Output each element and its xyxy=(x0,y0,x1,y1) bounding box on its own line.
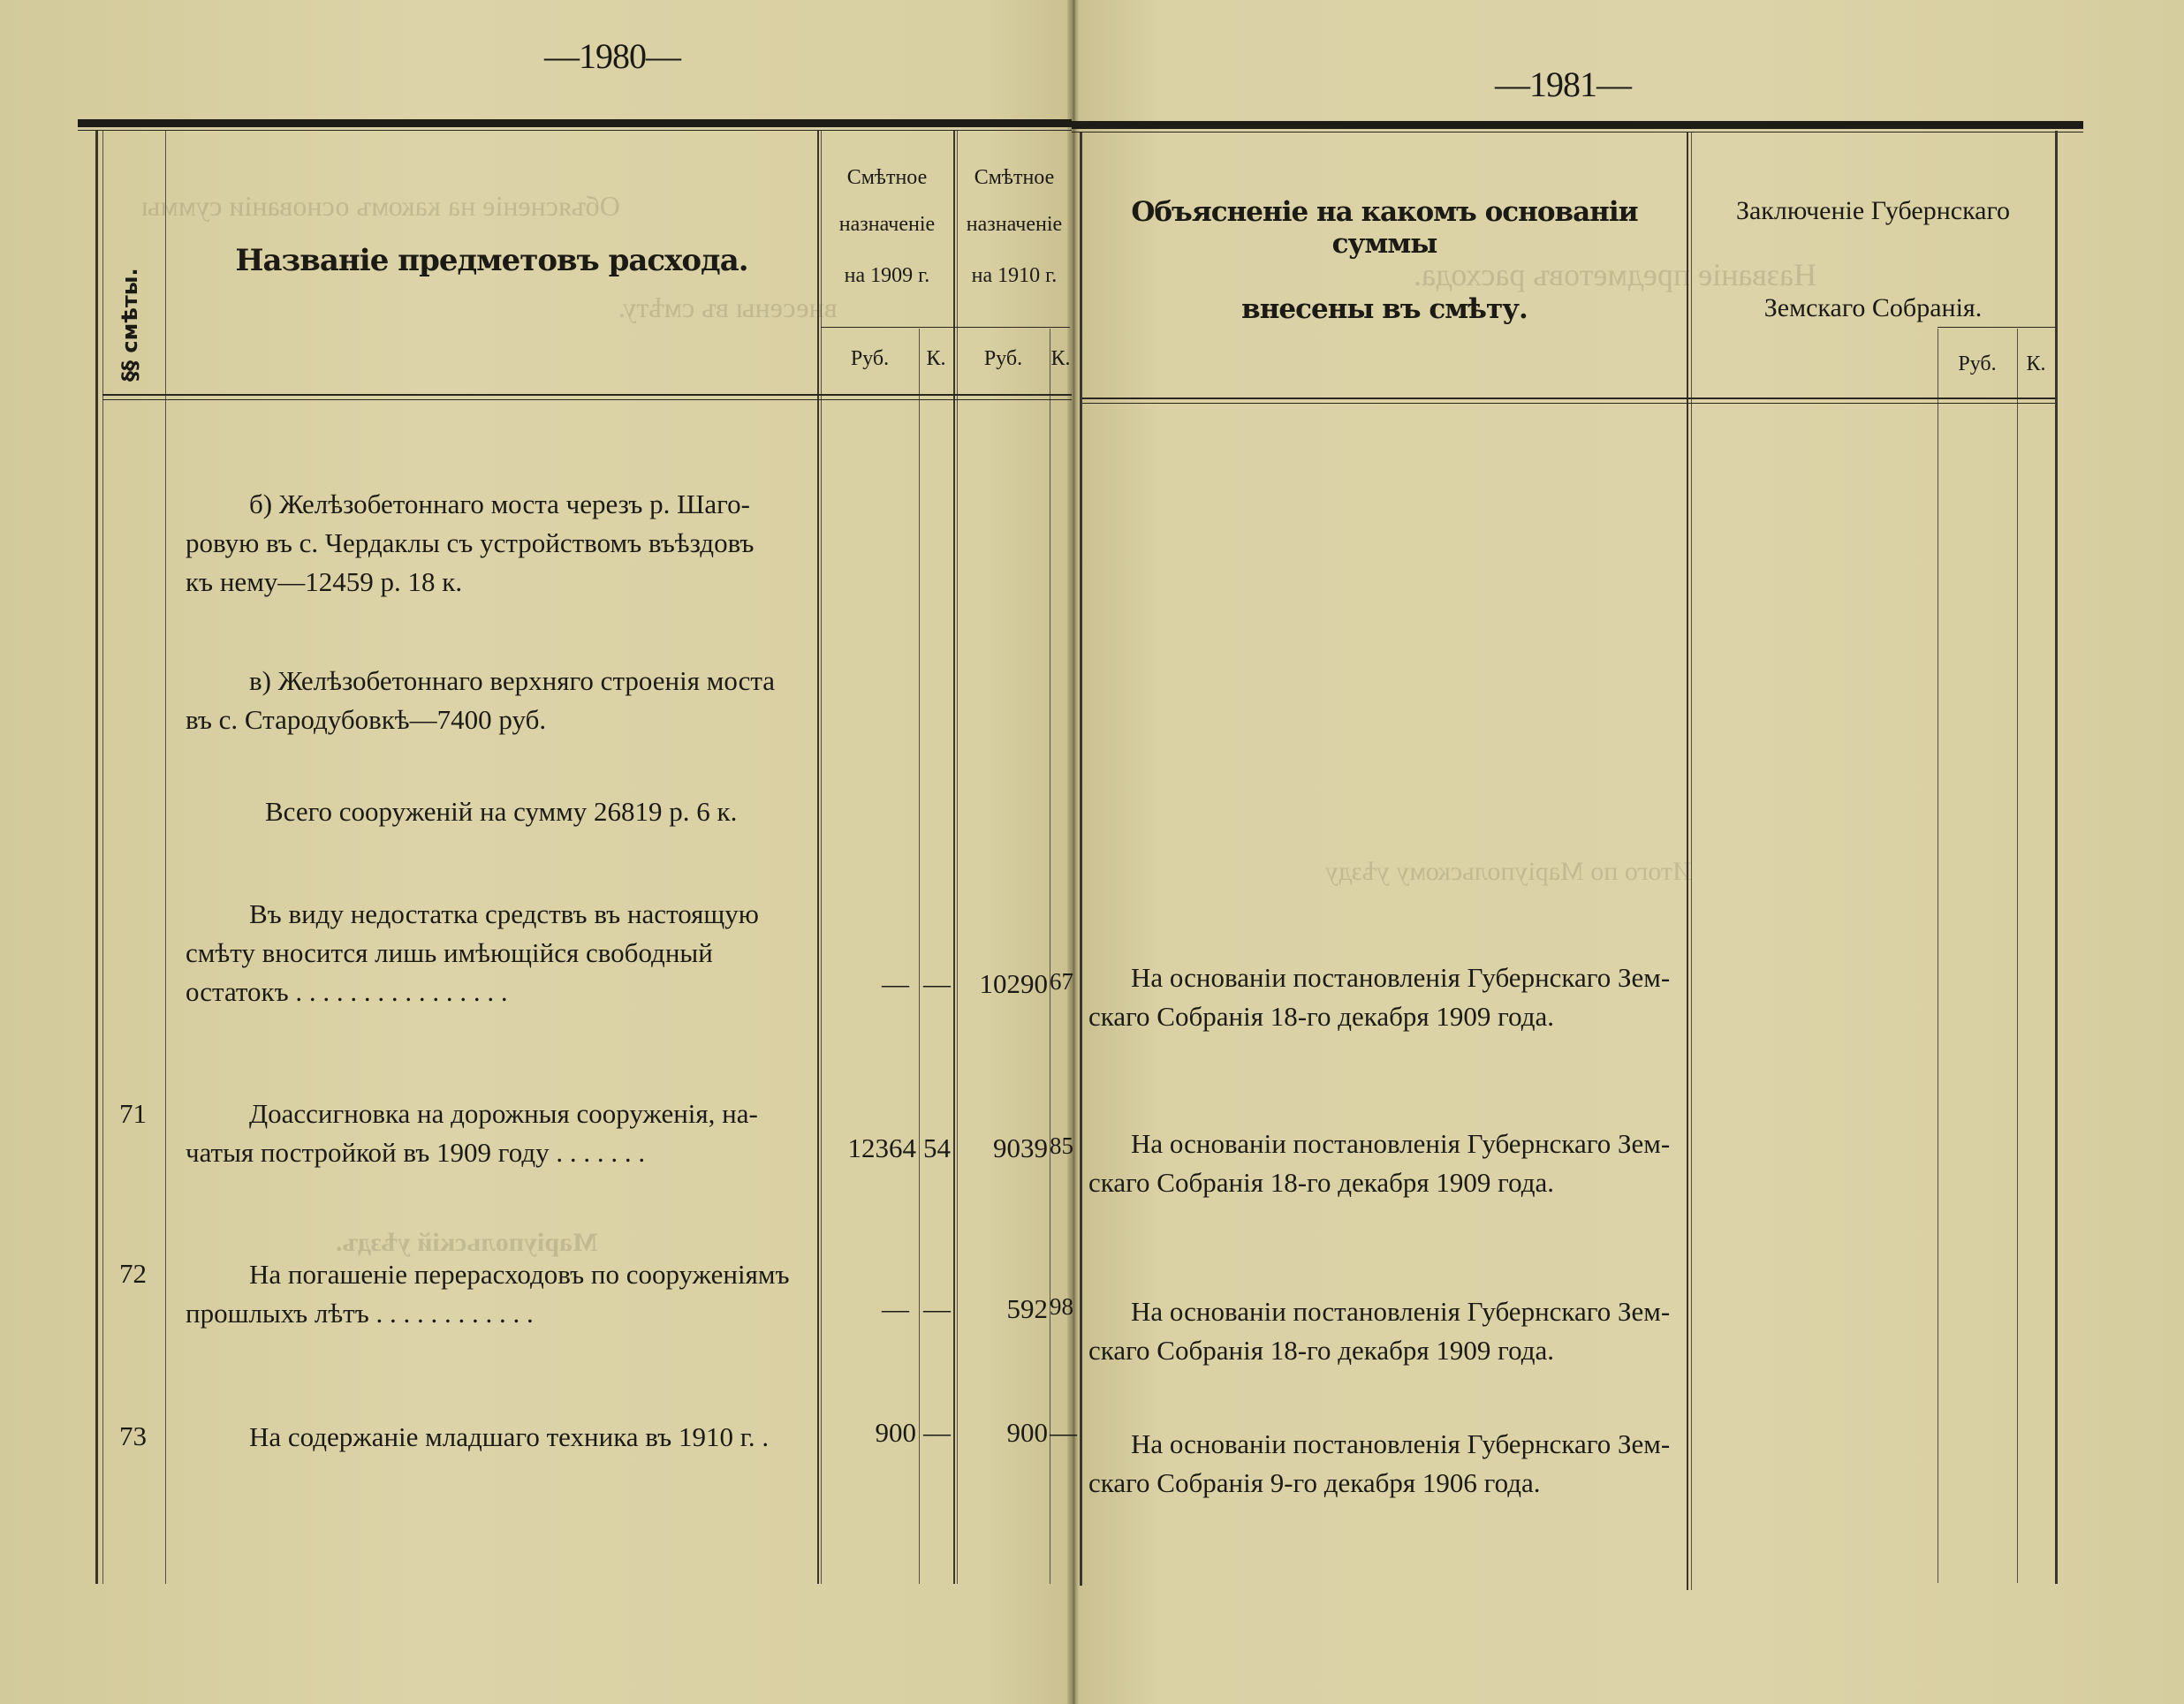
top-rule-right-thin xyxy=(1072,132,2083,133)
header-1909-line1: Смѣтное xyxy=(821,165,953,190)
header-bottom-rule-right xyxy=(1082,398,2055,399)
item-text-line: чатыя постройкой въ 1909 году . . . . . … xyxy=(186,1132,645,1173)
header-1910-line3: на 1910 г. xyxy=(957,263,1072,288)
amount-kop-1909: — xyxy=(919,1417,951,1449)
item-text-line: б) Желѣзобетоннаго моста черезъ р. Шаго- xyxy=(249,484,750,525)
header-1910-line2: назначеніе xyxy=(957,212,1072,237)
header-bottom-rule-left xyxy=(102,394,1072,396)
amount-rub-1910: 10290 xyxy=(957,968,1048,1000)
header-rub-right: Руб. xyxy=(1938,352,2017,376)
explanation-line: скаго Собранія 18-го декабря 1909 года. xyxy=(1088,1330,1554,1371)
header-conclusion-line1: Заключеніе Губернскаго xyxy=(1691,196,2055,226)
subheader-rule-right xyxy=(1938,327,2055,328)
header-explanation-line1: Объясненіе на какомъ основаніи суммы xyxy=(1082,196,1687,260)
amount-kop-1910: — xyxy=(1050,1417,1073,1449)
top-rule-right xyxy=(1072,121,2083,129)
amount-kop-1910: 85 xyxy=(1050,1132,1073,1160)
amount-kop-1909: — xyxy=(919,968,951,1000)
row-number: 73 xyxy=(119,1420,147,1452)
amount-rub-1909: 12364 xyxy=(821,1132,916,1164)
col-divider-kop-right xyxy=(2017,329,2018,1583)
table-border-left xyxy=(95,131,98,1584)
amount-kop-1909: — xyxy=(919,1293,951,1325)
bleed-through-text: Итого по Маріупольскому уѣзду xyxy=(1325,857,1692,887)
table-border-left-right-page xyxy=(1080,133,1082,1586)
header-bottom-rule-left-2 xyxy=(102,399,1072,400)
amount-rub-1910: 592 xyxy=(957,1293,1048,1325)
top-rule-left-thin xyxy=(78,130,1072,131)
header-1910-line1: Смѣтное xyxy=(957,165,1072,190)
explanation-line: На основаніи постановленія Губернскаго З… xyxy=(1131,1291,1670,1332)
row-number: 72 xyxy=(119,1258,147,1290)
explanation-line: На основаніи постановленія Губернскаго З… xyxy=(1131,958,1670,998)
header-rub-1910: Руб. xyxy=(957,346,1050,371)
item-text-line: смѣту вносится лишь имѣющійся свободный xyxy=(186,933,713,973)
col-divider-explanation-inner xyxy=(1691,133,1692,1590)
item-text-line: Доассигновка на дорожныя сооруженія, на- xyxy=(249,1094,758,1134)
item-text-line: прошлыхъ лѣтъ . . . . . . . . . . . . xyxy=(186,1293,534,1334)
explanation-line: скаго Собранія 18-го декабря 1909 года. xyxy=(1088,996,1554,1037)
bleed-through-text: Объясненіе на какомъ основаніи суммы xyxy=(141,190,620,223)
col-divider-kop-1910 xyxy=(1050,329,1050,1584)
amount-kop-1910: 67 xyxy=(1050,968,1073,996)
header-explanation-line2: внесены въ смѣту. xyxy=(1082,293,1687,325)
amount-rub-1909: — xyxy=(821,968,909,1000)
col-divider-number xyxy=(165,131,166,1584)
bleed-through-text: внесены въ смѣту. xyxy=(618,292,838,324)
amount-rub-1910: 9039 xyxy=(957,1132,1048,1164)
amount-rub-1910: 900 xyxy=(957,1417,1048,1449)
amount-rub-1909: 900 xyxy=(821,1417,916,1449)
table-border-left-inner xyxy=(102,131,103,1584)
item-text-line: в) Желѣзобетоннаго верхняго строенія мос… xyxy=(249,661,775,701)
col-divider-1909 xyxy=(953,131,955,1584)
row-number: 71 xyxy=(119,1098,147,1130)
subheader-rule-left xyxy=(821,327,1070,328)
col-divider-name xyxy=(817,131,819,1584)
header-bottom-rule-right-2 xyxy=(1082,403,2055,404)
item-text-line: въ с. Стародубовкѣ—7400 руб. xyxy=(186,700,546,740)
item-text-line: На погашеніе перерасходовъ по сооруженія… xyxy=(249,1254,790,1295)
explanation-line: На основаніи постановленія Губернскаго З… xyxy=(1131,1124,1670,1164)
header-1909-line3: на 1909 г. xyxy=(821,263,953,288)
item-text-line: Въ виду недостатка средствъ въ настоящую xyxy=(249,894,759,935)
top-rule-left xyxy=(78,119,1072,127)
item-text-line: На содержаніе младшаго техника въ 1910 г… xyxy=(249,1417,769,1458)
col-divider-rub-right xyxy=(1938,329,1938,1583)
item-total-line: Всего сооруженій на сумму 26819 р. 6 к. xyxy=(265,791,737,832)
amount-kop-1909: 54 xyxy=(919,1132,951,1164)
header-1909-line2: назначеніе xyxy=(821,212,953,237)
header-rub-1909: Руб. xyxy=(821,346,919,371)
header-kop-1909: К. xyxy=(919,346,953,371)
col-divider-kop-1909 xyxy=(919,329,920,1584)
bleed-through-text: Названіе предметовъ расхода. xyxy=(1414,256,1816,293)
amount-kop-1910: 98 xyxy=(1050,1293,1073,1321)
header-conclusion-line2: Земскаго Собранія. xyxy=(1691,293,2055,323)
bleed-through-text: Маріупольскій уѣздъ. xyxy=(336,1228,597,1258)
explanation-line: скаго Собранія 9-го декабря 1906 года. xyxy=(1088,1463,1541,1503)
header-kop-right: К. xyxy=(2017,352,2055,376)
header-section-number: §§ смѣты. xyxy=(118,268,142,382)
explanation-line: На основаніи постановленія Губернскаго З… xyxy=(1131,1424,1670,1465)
header-kop-1910: К. xyxy=(1050,346,1072,371)
item-text-line: къ нему—12459 р. 18 к. xyxy=(186,562,462,602)
col-divider-explanation xyxy=(1687,133,1688,1590)
explanation-line: скаго Собранія 18-го декабря 1909 года. xyxy=(1088,1163,1554,1203)
item-text-line: ровую въ с. Чердаклы съ устройствомъ въѣ… xyxy=(186,523,754,564)
table-border-right xyxy=(2055,131,2058,1584)
page-number-left: —1980— xyxy=(544,35,680,77)
page-number-right: —1981— xyxy=(1495,64,1631,105)
header-item-name: Названіе предметовъ расхода. xyxy=(166,243,817,278)
item-text-line: остатокъ . . . . . . . . . . . . . . . . xyxy=(186,972,508,1012)
amount-rub-1909: — xyxy=(821,1293,909,1325)
